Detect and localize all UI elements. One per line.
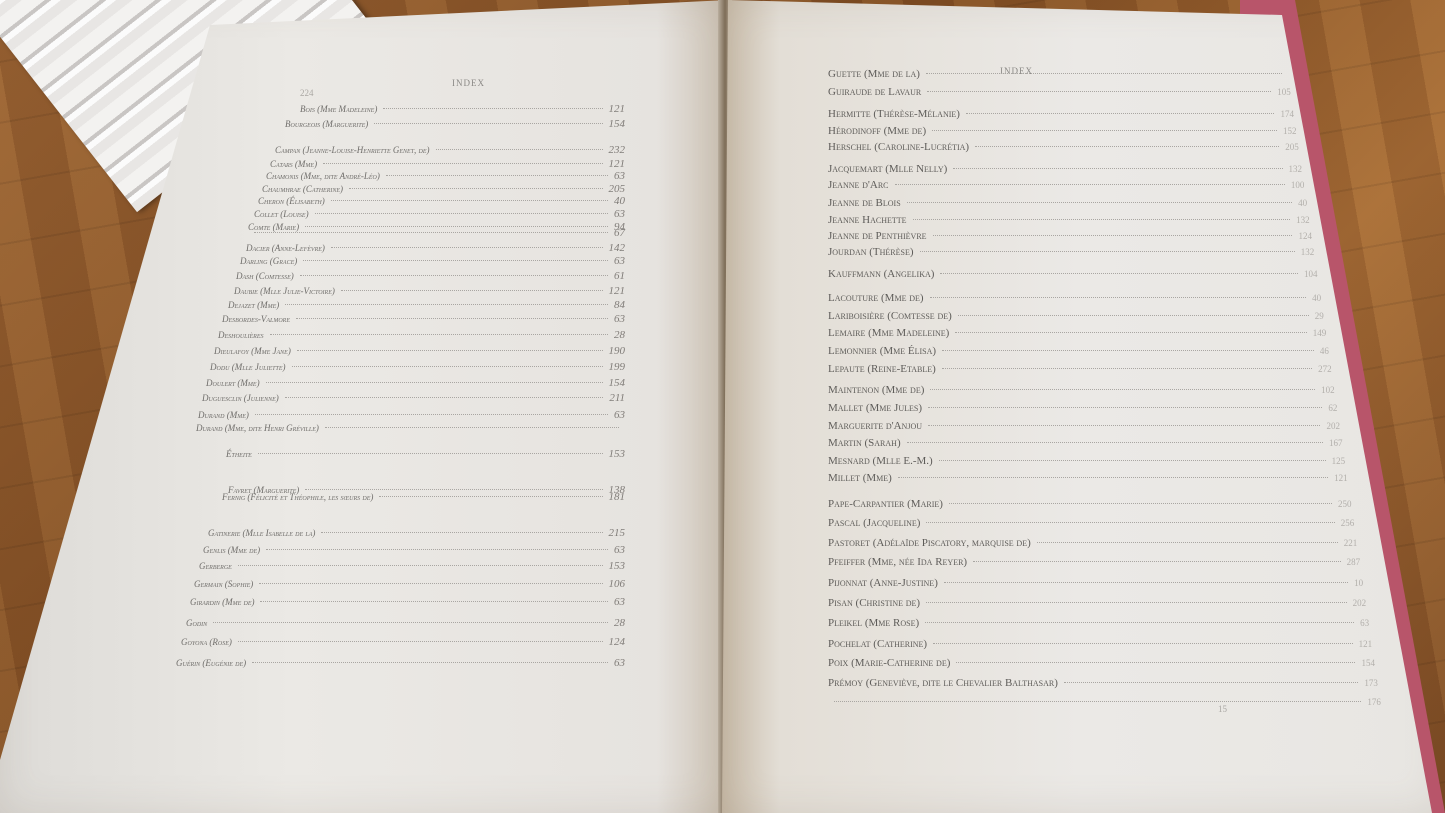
leader-dots	[926, 73, 1282, 74]
entry-page-number: 46	[1320, 346, 1329, 356]
index-entry: Guette (Mme de la)	[828, 68, 1288, 80]
leader-dots	[238, 565, 603, 566]
entry-name: Hermitte (Thérèse-Mélanie)	[828, 108, 960, 120]
entry-name: Germain (Sophie)	[194, 579, 253, 589]
entry-name: Bourgeois (Marguerite)	[285, 119, 368, 129]
entry-name: Pisan (Christine de)	[828, 597, 920, 609]
index-entry: Pochelat (Catherine)121	[828, 638, 1372, 650]
index-entry: Chamonis (Mme, dite André-Léo)63	[266, 170, 625, 182]
leader-dots	[973, 561, 1340, 562]
index-entry: Deshoulières28	[218, 329, 625, 341]
leader-dots	[933, 235, 1293, 236]
index-entry: Campan (Jeanne-Louise-Henriette Genet, d…	[275, 144, 625, 156]
entry-name: Jeanne de Penthièvre	[828, 230, 927, 242]
entry-page-number: 256	[1341, 518, 1355, 528]
entry-page-number: 125	[1332, 456, 1346, 466]
entry-name: Hérodinoff (Mme de)	[828, 125, 926, 137]
entry-name: Goyona (Rose)	[181, 637, 232, 647]
entry-page-number: 62	[1328, 403, 1337, 413]
index-entry: Pleikel (Mme Rose)63	[828, 617, 1369, 629]
entry-page-number: 40	[1298, 198, 1307, 208]
entry-name: Dejazet (Mme)	[228, 300, 279, 310]
entry-name: Dieulafoy (Mme Jane)	[214, 346, 291, 356]
entry-page-number: 154	[609, 118, 626, 130]
entry-name: Guérin (Eugénie de)	[176, 658, 246, 668]
index-entry: Hermitte (Thérèse-Mélanie)174	[828, 108, 1294, 120]
index-entry: Lariboisière (Comtesse de)29	[828, 310, 1324, 322]
index-entry: Kauffmann (Angelika)104	[828, 268, 1318, 280]
leader-dots	[953, 168, 1282, 169]
index-entry: Hérodinoff (Mme de)152	[828, 125, 1296, 137]
index-entry: Bois (Mme Madeleine)121	[300, 103, 625, 115]
entry-name: Pascal (Jacqueline)	[828, 517, 920, 529]
leader-dots	[907, 202, 1292, 203]
leader-dots	[932, 130, 1277, 131]
entry-name: Gerberge	[199, 561, 232, 571]
entry-page-number: 211	[609, 392, 625, 404]
entry-name: Daubie (Mlle Julie-Victoire)	[234, 286, 335, 296]
index-entry: Jeanne de Blois40	[828, 197, 1307, 209]
entry-name: Étheite	[226, 449, 252, 459]
index-entry: Desbordes-Valmore63	[222, 313, 625, 325]
leader-dots	[898, 477, 1328, 478]
entry-page-number: 132	[1301, 247, 1315, 257]
leader-dots	[325, 427, 619, 428]
entry-page-number: 205	[1285, 142, 1299, 152]
entry-page-number: 221	[1344, 538, 1358, 548]
leader-dots	[266, 549, 608, 550]
leader-dots	[386, 175, 608, 176]
entry-name: Mallet (Mme Jules)	[828, 402, 922, 414]
entry-page-number: 154	[609, 377, 626, 389]
entry-name: Lemonnier (Mme Élisa)	[828, 345, 936, 357]
entry-name: Lemaire (Mme Madeleine)	[828, 327, 949, 339]
entry-name: Jacquemart (Mlle Nelly)	[828, 163, 947, 175]
entry-name: Deshoulières	[218, 330, 264, 340]
index-entry: Marguerite d'Anjou202	[828, 420, 1340, 432]
entry-page-number: 250	[1338, 499, 1352, 509]
entry-page-number: 176	[1367, 697, 1381, 707]
index-entry: Germain (Sophie)106	[194, 578, 625, 590]
entry-page-number: 84	[614, 299, 625, 311]
entry-name: Chaumhrae (Catherine)	[262, 184, 343, 194]
leader-dots	[341, 290, 603, 291]
leader-dots	[238, 641, 603, 642]
entry-name: Gatinerie (Mlle Isabelle de la)	[208, 528, 315, 538]
entry-page-number: 63	[614, 208, 625, 220]
entry-page-number: 181	[609, 491, 626, 503]
entry-name: Chamonis (Mme, dite André-Léo)	[266, 171, 380, 181]
index-entry: Dash (Comtesse)61	[236, 270, 625, 282]
index-entry: Pascal (Jacqueline)256	[828, 517, 1354, 529]
entry-name: Jeanne de Blois	[828, 197, 901, 209]
leader-dots	[374, 123, 602, 124]
entry-name: Kauffmann (Angelika)	[828, 268, 934, 280]
leader-dots	[956, 662, 1355, 663]
entry-page-number: 152	[1283, 126, 1297, 136]
index-entry: Doulert (Mme)154	[206, 377, 625, 389]
leader-dots	[323, 163, 602, 164]
entry-name: Pape-Carpantier (Marie)	[828, 498, 943, 510]
entry-page-number: 104	[1304, 269, 1318, 279]
entry-page-number: 121	[1334, 473, 1348, 483]
entry-page-number: 100	[1291, 180, 1305, 190]
entry-page-number: 102	[1321, 385, 1335, 395]
entry-page-number: 63	[614, 596, 625, 608]
index-entry: Guiraude de Lavaur105	[828, 86, 1291, 98]
index-entry: Jeanne de Penthièvre124	[828, 230, 1312, 242]
index-entry: Gerberge153	[199, 560, 625, 572]
entry-name: Fernig (Félicité et Théophile, les sœurs…	[222, 492, 373, 502]
index-entry: Guérin (Eugénie de)63	[176, 657, 625, 669]
index-entry: Pape-Carpantier (Marie)250	[828, 498, 1352, 510]
leader-dots	[966, 113, 1274, 114]
index-entry: Duguesclin (Julienne)211	[202, 392, 625, 404]
entry-name: Doulert (Mme)	[206, 378, 260, 388]
entry-page-number: 63	[614, 170, 625, 182]
entry-name: Genlis (Mme de)	[203, 545, 260, 555]
leader-dots	[925, 622, 1354, 623]
entry-name: Pleikel (Mme Rose)	[828, 617, 919, 629]
entry-page-number: 28	[614, 617, 625, 629]
entry-page-number: 272	[1318, 364, 1332, 374]
index-entry: Darling (Grace)63	[240, 255, 625, 267]
leader-dots	[331, 200, 608, 201]
index-entry: Millet (Mme)121	[828, 472, 1348, 484]
index-entry: Fernig (Félicité et Théophile, les sœurs…	[222, 491, 625, 503]
entry-page-number: 232	[609, 144, 626, 156]
entry-name: Pfeiffer (Mme, née Ida Reyer)	[828, 556, 967, 568]
entry-page-number: 142	[609, 242, 626, 254]
entry-page-number: 63	[614, 255, 625, 267]
entry-page-number: 205	[609, 183, 626, 195]
index-entry: Étheite153	[226, 448, 625, 460]
entry-name: Herschel (Caroline-Lucrétia)	[828, 141, 969, 153]
entry-page-number: 124	[1298, 231, 1312, 241]
index-entry: Pfeiffer (Mme, née Ida Reyer)287	[828, 556, 1360, 568]
leader-dots	[259, 583, 602, 584]
entry-page-number: 10	[1354, 578, 1363, 588]
leader-dots	[258, 453, 603, 454]
index-entry: Durand (Mme)63	[198, 409, 625, 421]
leader-dots	[958, 315, 1309, 316]
entry-name: Pijonnat (Anne-Justine)	[828, 577, 938, 589]
left-running-head: INDEX	[452, 78, 485, 88]
entry-page-number: 149	[1313, 328, 1327, 338]
leader-dots	[252, 662, 608, 663]
index-entry: Pisan (Christine de)202	[828, 597, 1366, 609]
index-entry: Girardin (Mme de)63	[190, 596, 625, 608]
leader-dots	[944, 582, 1348, 583]
index-entry: Genlis (Mme de)63	[203, 544, 625, 556]
entry-page-number: 202	[1353, 598, 1367, 608]
index-entry: Dejazet (Mme)84	[228, 299, 625, 311]
leader-dots	[939, 460, 1326, 461]
entry-page-number: 29	[1315, 311, 1324, 321]
entry-page-number: 190	[609, 345, 626, 357]
leader-dots	[927, 91, 1271, 92]
entry-page-number: 40	[614, 195, 625, 207]
index-entry: Pastoret (Adélaïde Piscatory, marquise d…	[828, 537, 1357, 549]
entry-name: Durand (Mme)	[198, 410, 249, 420]
leader-dots	[928, 407, 1322, 408]
leader-dots	[213, 622, 608, 623]
entry-page-number: 167	[1329, 438, 1343, 448]
leader-dots	[296, 318, 608, 319]
leader-dots	[1064, 682, 1359, 683]
entry-page-number: 63	[614, 409, 625, 421]
index-entry: Collet (Louise)63	[254, 208, 625, 220]
leader-dots	[331, 247, 603, 248]
left-folio: 224	[300, 88, 314, 98]
index-entry: Herschel (Caroline-Lucrétia)205	[828, 141, 1299, 153]
leader-dots	[926, 522, 1334, 523]
entry-page-number: 63	[614, 544, 625, 556]
entry-page-number: 202	[1326, 421, 1340, 431]
entry-name: Desbordes-Valmore	[222, 314, 290, 324]
leader-dots	[1037, 542, 1338, 543]
index-entry: Gatinerie (Mlle Isabelle de la)215	[208, 527, 625, 539]
index-entry: Martin (Sarah)167	[828, 437, 1343, 449]
leader-dots	[933, 643, 1353, 644]
entry-page-number: 67	[614, 227, 625, 239]
entry-name: Darling (Grace)	[240, 256, 297, 266]
index-entry: Dacier (Anne-Lefèvre)142	[246, 242, 625, 254]
leader-dots	[260, 601, 608, 602]
index-entry: 67	[248, 227, 625, 239]
index-entry: Jeanne d'Arc100	[828, 179, 1304, 191]
entry-name: Lepaute (Reine-Etable)	[828, 363, 936, 375]
leader-dots	[254, 232, 608, 233]
index-entry: Cheron (Élisabeth)40	[258, 195, 625, 207]
entry-name: Catars (Mme)	[270, 159, 317, 169]
entry-page-number: 132	[1289, 164, 1303, 174]
entry-name: Martin (Sarah)	[828, 437, 901, 449]
leader-dots	[930, 297, 1307, 298]
entry-page-number: 121	[1359, 639, 1373, 649]
entry-name: Marguerite d'Anjou	[828, 420, 922, 432]
entry-page-number: 28	[614, 329, 625, 341]
index-entry: Chaumhrae (Catherine)205	[262, 183, 625, 195]
index-entry: Lacouture (Mme de)40	[828, 292, 1321, 304]
entry-page-number: 154	[1361, 658, 1375, 668]
entry-name: Jourdan (Thérèse)	[828, 246, 914, 258]
leader-dots	[285, 304, 608, 305]
entry-name: Collet (Louise)	[254, 209, 309, 219]
leader-dots	[270, 334, 609, 335]
leader-dots	[949, 503, 1332, 504]
leader-dots	[940, 273, 1298, 274]
leader-dots	[975, 146, 1279, 147]
index-entry: Lemonnier (Mme Élisa)46	[828, 345, 1329, 357]
entry-page-number: 132	[1296, 215, 1310, 225]
entry-name: Mesnard (Mlle E.-M.)	[828, 455, 933, 467]
index-entry: Lemaire (Mme Madeleine)149	[828, 327, 1326, 339]
index-entry: Mesnard (Mlle E.-M.)125	[828, 455, 1345, 467]
entry-page-number: 173	[1364, 678, 1378, 688]
leader-dots	[436, 149, 603, 150]
leader-dots	[292, 366, 603, 367]
entry-page-number: 124	[609, 636, 626, 648]
leader-dots	[321, 532, 602, 533]
entry-name: Prémoy (Geneviève, dite le Chevalier Bal…	[828, 677, 1058, 689]
entry-page-number: 153	[609, 448, 626, 460]
entry-page-number: 61	[614, 270, 625, 282]
leader-dots	[907, 442, 1323, 443]
entry-name: Millet (Mme)	[828, 472, 892, 484]
entry-page-number: 63	[614, 657, 625, 669]
entry-name: Lariboisière (Comtesse de)	[828, 310, 952, 322]
index-entry: Poix (Marie-Catherine de)154	[828, 657, 1375, 669]
entry-page-number: 105	[1277, 87, 1291, 97]
leader-dots	[300, 275, 608, 276]
entry-page-number: 63	[614, 313, 625, 325]
entry-name: Campan (Jeanne-Louise-Henriette Genet, d…	[275, 145, 430, 155]
entry-name: Poix (Marie-Catherine de)	[828, 657, 950, 669]
leader-dots	[349, 188, 602, 189]
index-entry: Catars (Mme)121	[270, 158, 625, 170]
entry-name: Guette (Mme de la)	[828, 68, 920, 80]
entry-page-number: 121	[609, 158, 626, 170]
entry-name: Durand (Mme, dite Henri Gréville)	[196, 423, 319, 433]
entry-name: Dodu (Mlle Juliette)	[210, 362, 286, 372]
index-entry: Lepaute (Reine-Etable)272	[828, 363, 1332, 375]
index-entry: Jourdan (Thérèse)132	[828, 246, 1314, 258]
leader-dots	[297, 350, 603, 351]
entry-page-number: 121	[609, 285, 626, 297]
leader-dots	[379, 496, 602, 497]
leader-dots	[928, 425, 1320, 426]
entry-page-number: 153	[609, 560, 626, 572]
leader-dots	[955, 332, 1306, 333]
leader-dots	[920, 251, 1295, 252]
entry-name: Pochelat (Catherine)	[828, 638, 927, 650]
leader-dots	[305, 489, 602, 490]
leader-dots	[834, 701, 1361, 702]
index-entry: Durand (Mme, dite Henri Gréville)	[196, 423, 625, 433]
leader-dots	[895, 184, 1285, 185]
leader-dots	[303, 260, 608, 261]
entry-page-number: 121	[609, 103, 626, 115]
index-entry: Jeanne Hachette132	[828, 214, 1310, 226]
entry-page-number: 174	[1280, 109, 1294, 119]
entry-name: Guiraude de Lavaur	[828, 86, 921, 98]
entry-name: Cheron (Élisabeth)	[258, 196, 325, 206]
leader-dots	[942, 368, 1312, 369]
index-entry: 176	[828, 697, 1381, 707]
leader-dots	[942, 350, 1314, 351]
entry-name: Dash (Comtesse)	[236, 271, 294, 281]
index-entry: Dieulafoy (Mme Jane)190	[214, 345, 625, 357]
index-entry: Pijonnat (Anne-Justine)10	[828, 577, 1363, 589]
entry-page-number: 106	[609, 578, 626, 590]
entry-name: Bois (Mme Madeleine)	[300, 104, 377, 114]
leader-dots	[926, 602, 1347, 603]
entry-name: Dacier (Anne-Lefèvre)	[246, 243, 325, 253]
entry-name: Girardin (Mme de)	[190, 597, 254, 607]
entry-page-number: 199	[609, 361, 626, 373]
leader-dots	[383, 108, 602, 109]
index-entry: Jacquemart (Mlle Nelly)132	[828, 163, 1302, 175]
index-entry: Maintenon (Mme de)102	[828, 384, 1335, 396]
entry-page-number: 215	[609, 527, 626, 539]
leader-dots	[285, 397, 604, 398]
entry-name: Jeanne d'Arc	[828, 179, 889, 191]
index-entry: Godin28	[186, 617, 625, 629]
entry-name: Maintenon (Mme de)	[828, 384, 924, 396]
index-entry: Prémoy (Geneviève, dite le Chevalier Bal…	[828, 677, 1378, 689]
leader-dots	[266, 382, 603, 383]
entry-page-number: 287	[1347, 557, 1361, 567]
index-entry: Dodu (Mlle Juliette)199	[210, 361, 625, 373]
entry-page-number: 40	[1312, 293, 1321, 303]
leader-dots	[913, 219, 1291, 220]
index-entry: Daubie (Mlle Julie-Victoire)121	[234, 285, 625, 297]
entry-name: Lacouture (Mme de)	[828, 292, 924, 304]
leader-dots	[930, 389, 1315, 390]
entry-name: Pastoret (Adélaïde Piscatory, marquise d…	[828, 537, 1031, 549]
entry-name: Godin	[186, 618, 207, 628]
entry-name: Jeanne Hachette	[828, 214, 907, 226]
index-entry: Goyona (Rose)124	[181, 636, 625, 648]
entry-page-number: 63	[1360, 618, 1369, 628]
leader-dots	[255, 414, 608, 415]
index-entry: Bourgeois (Marguerite)154	[285, 118, 625, 130]
index-entry: Mallet (Mme Jules)62	[828, 402, 1337, 414]
entry-name: Duguesclin (Julienne)	[202, 393, 279, 403]
leader-dots	[315, 213, 608, 214]
